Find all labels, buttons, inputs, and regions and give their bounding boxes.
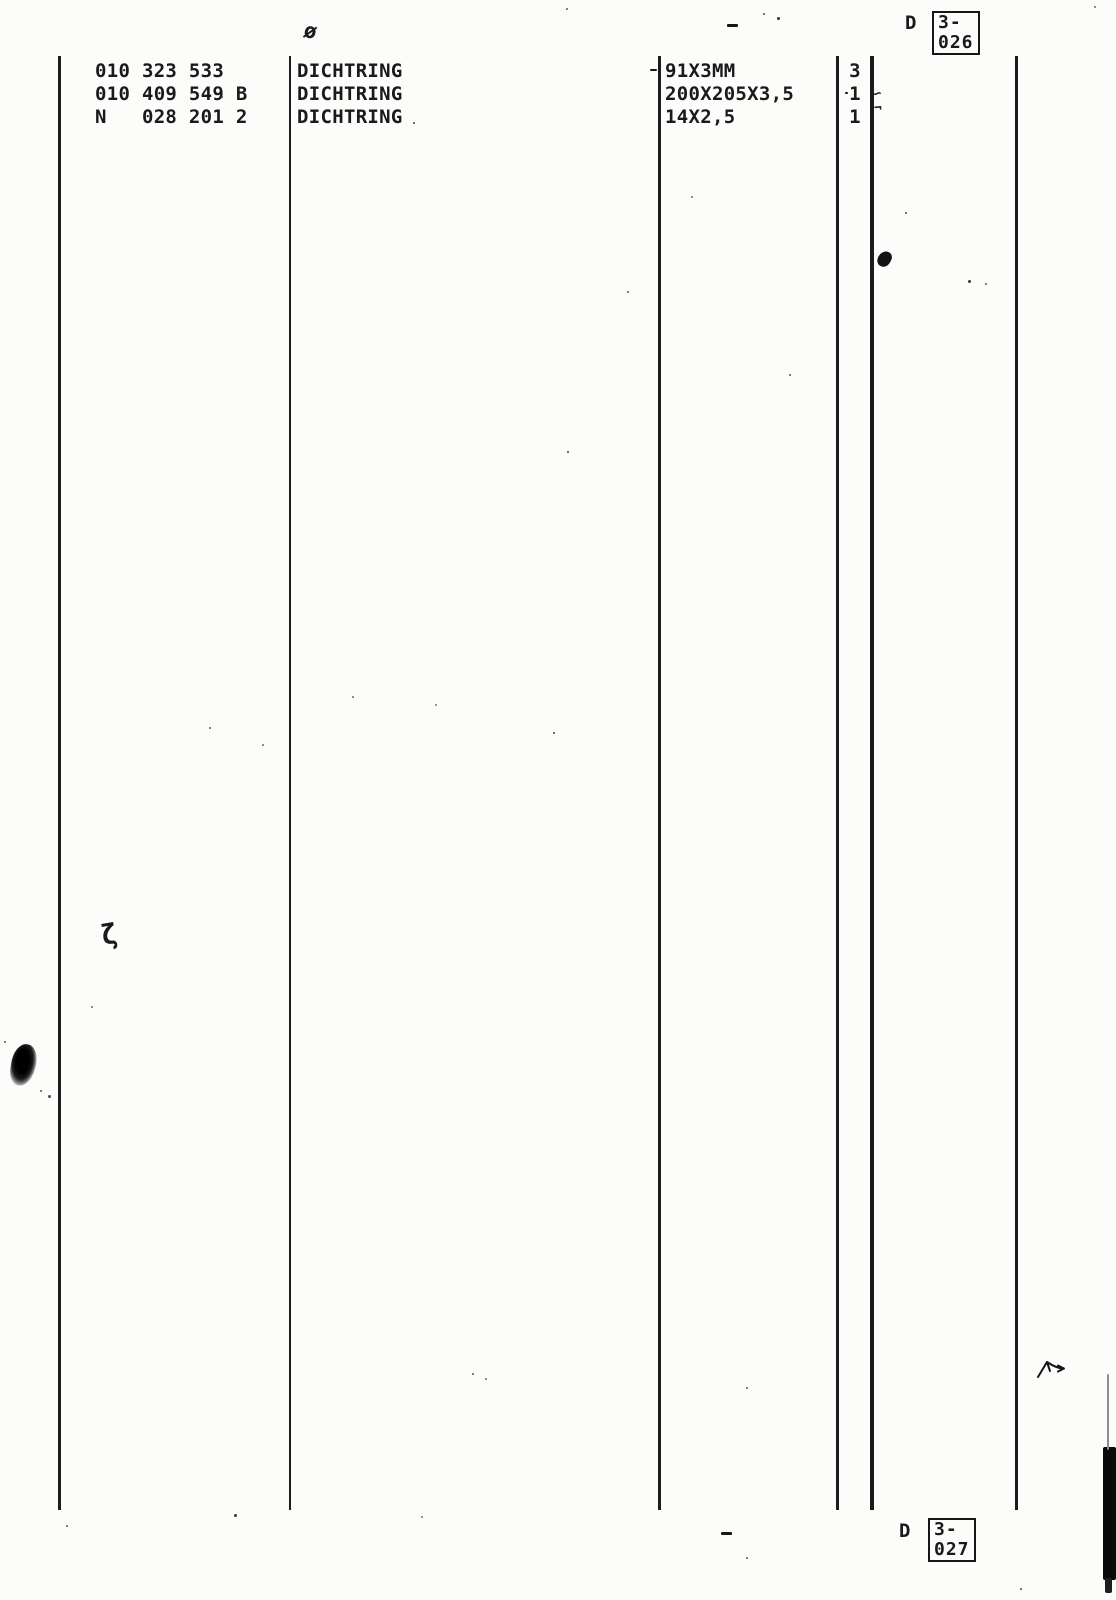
table-row: 010 323 533 DICHTRING 91X3MM 3 bbox=[0, 60, 1116, 83]
scan-speck bbox=[763, 13, 765, 15]
small-tilde-mark: ∽ bbox=[872, 86, 882, 101]
scan-speck bbox=[566, 8, 568, 10]
scan-speck bbox=[691, 196, 693, 198]
scan-speck bbox=[40, 1090, 42, 1092]
page-ref-number: 3-027 bbox=[928, 1518, 976, 1562]
scan-speck bbox=[746, 1557, 748, 1559]
part-quantity: 3 bbox=[839, 60, 871, 83]
page-ref-prefix: D bbox=[905, 12, 917, 34]
part-description: DICHTRING bbox=[297, 106, 403, 129]
scan-speck bbox=[746, 1387, 748, 1389]
ink-squiggle-mark: ζ bbox=[99, 920, 120, 951]
scan-speck bbox=[1094, 6, 1096, 8]
column-divider bbox=[658, 56, 661, 1510]
ink-blob bbox=[875, 249, 894, 269]
scan-speck bbox=[352, 696, 354, 698]
scan-speck bbox=[262, 744, 264, 746]
scan-speck bbox=[968, 280, 971, 283]
scan-speck bbox=[4, 1041, 6, 1043]
scan-speck bbox=[627, 291, 629, 293]
scan-speck bbox=[413, 122, 415, 124]
scan-speck bbox=[435, 704, 437, 706]
scan-speck bbox=[567, 451, 569, 453]
scan-speck bbox=[209, 727, 211, 729]
scan-speck bbox=[985, 283, 987, 285]
scan-speck bbox=[777, 17, 780, 20]
column-divider bbox=[289, 56, 291, 1510]
stray-dash bbox=[727, 24, 738, 27]
part-dimensions: 14X2,5 bbox=[665, 106, 735, 129]
scan-edge-tail bbox=[1105, 1578, 1112, 1593]
part-number: 010 409 549 B bbox=[95, 83, 248, 106]
part-number: N 028 201 2 bbox=[95, 106, 248, 129]
scan-speck bbox=[905, 212, 907, 214]
scan-speck bbox=[91, 1006, 93, 1008]
scan-edge-bar bbox=[1103, 1447, 1116, 1580]
stray-dash bbox=[845, 92, 848, 94]
part-number: 010 323 533 bbox=[95, 60, 224, 83]
scan-speck bbox=[789, 374, 791, 376]
dollar-squiggle-mark: ø bbox=[302, 20, 319, 43]
scan-speck bbox=[553, 732, 555, 734]
small-corner-mark: ¬ bbox=[873, 102, 882, 116]
page-ref-prefix: D bbox=[899, 1520, 911, 1542]
scan-speck bbox=[66, 1525, 68, 1527]
part-description: DICHTRING bbox=[297, 60, 403, 83]
part-dimensions: 91X3MM bbox=[665, 60, 735, 83]
stray-dash bbox=[650, 69, 657, 71]
scan-speck bbox=[234, 1514, 237, 1517]
pen-arrow-mark bbox=[1036, 1358, 1066, 1380]
scan-speck bbox=[1020, 1588, 1022, 1590]
scan-speck bbox=[48, 1095, 51, 1098]
table-row: 010 409 549 B DICHTRING 200X205X3,5 1 bbox=[0, 83, 1116, 106]
scan-speck bbox=[472, 1373, 474, 1375]
scan-speck bbox=[485, 1378, 487, 1380]
column-divider bbox=[58, 56, 61, 1510]
page-ref-number: 3-026 bbox=[932, 11, 980, 55]
column-divider bbox=[836, 56, 839, 1510]
part-quantity: 1 bbox=[839, 83, 871, 106]
column-divider bbox=[1015, 56, 1018, 1510]
scan-edge-line bbox=[1107, 1374, 1109, 1450]
ink-blot bbox=[8, 1042, 39, 1087]
part-description: DICHTRING bbox=[297, 83, 403, 106]
scan-speck bbox=[221, 96, 223, 98]
part-dimensions: 200X205X3,5 bbox=[665, 83, 794, 106]
stray-dash bbox=[721, 1532, 732, 1535]
table-row: N 028 201 2 DICHTRING 14X2,5 1 bbox=[0, 106, 1116, 129]
part-quantity: 1 bbox=[839, 106, 871, 129]
column-divider bbox=[870, 56, 874, 1510]
scan-speck bbox=[421, 1516, 423, 1518]
parts-catalog-scan-page: D 3-026 010 323 533 DICHTRING 91X3MM 3 0… bbox=[0, 0, 1116, 1600]
